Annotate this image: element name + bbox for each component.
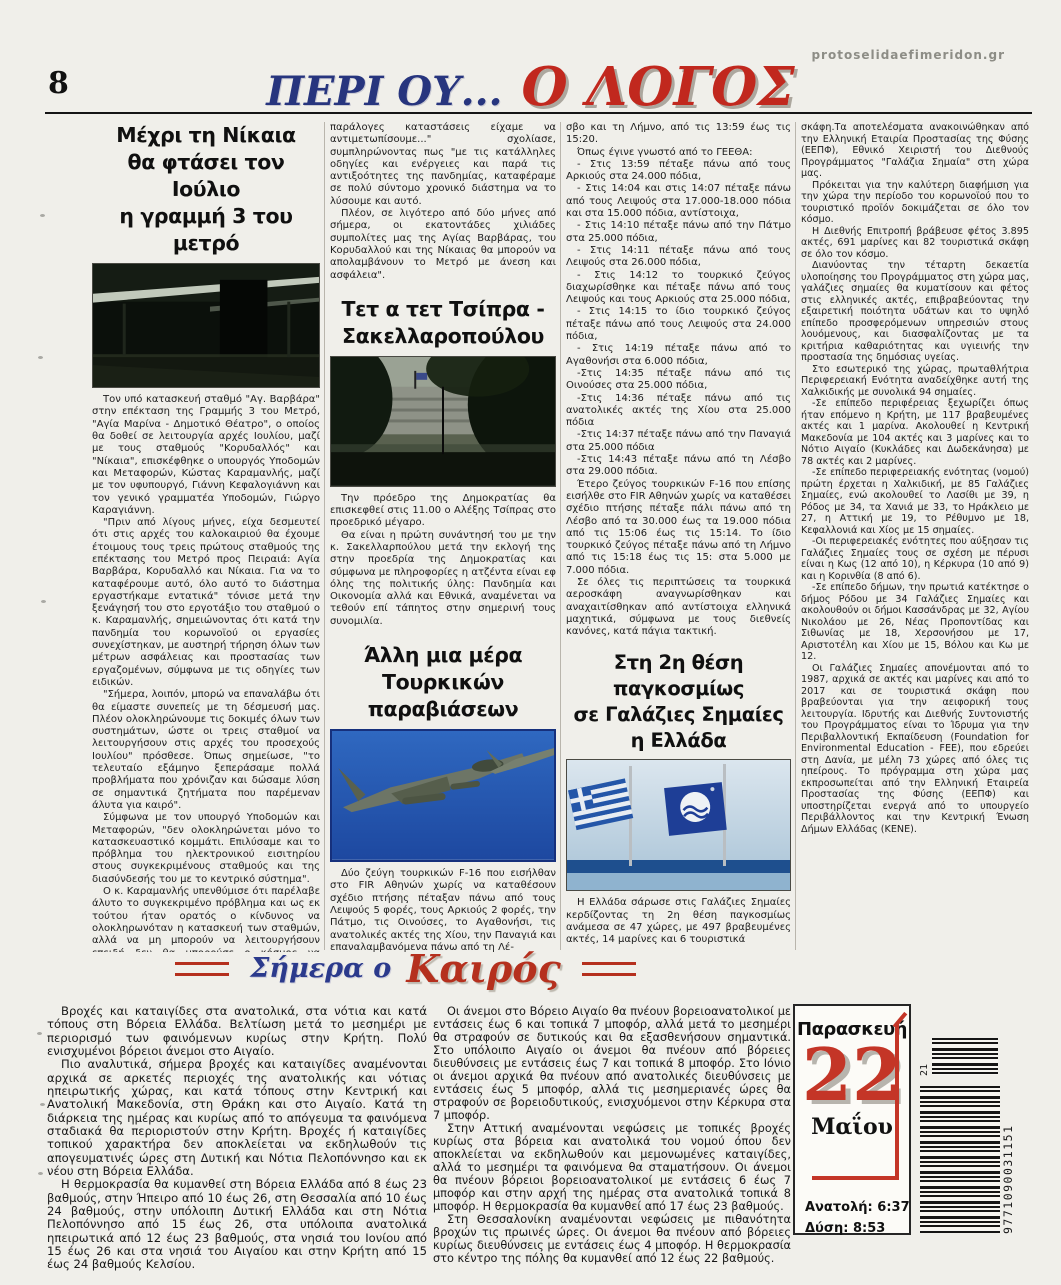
paragraph: -Οι περιφερειακές ενότητες που αύξησαν τ… [801, 536, 1029, 582]
weather-paragraph: Βροχές και καταιγίδες στα ανατολικά, στα… [47, 1005, 427, 1058]
header-rule [45, 112, 1032, 114]
title-line: θα φτάσει τον Ιούλιο [92, 149, 320, 203]
title-line: σε Γαλάζιες Σημαίες [566, 702, 791, 728]
weather-heading-red: Καιρός [406, 946, 560, 991]
paragraph: σκάφη.Τα αποτελέσματα ανακοινώθηκαν από … [801, 122, 1029, 180]
column-1: Μέχρι τη Νίκαια θα φτάσει τον Ιούλιο η γ… [92, 122, 320, 952]
blue-flags-photo [566, 759, 791, 891]
paragraph: Διανύοντας την τέταρτη δεκαετία υλοποίησ… [801, 260, 1029, 364]
paragraph: Τον υπό κατασκευή σταθμό "Αγ. Βαρβάρα" σ… [92, 394, 320, 517]
paragraph: -Σε επίπεδο περιφέρειας ξεχωρίζει όπως ή… [801, 398, 1029, 467]
list-item: - Στις 14:11 πέταξε πάνω από τους Λειψού… [566, 245, 791, 270]
paragraph: Ο κ. Καραμανλής υπενθύμισε ότι παρέλαβε … [92, 886, 320, 952]
paragraph: σβο και τη Λήμνο, από τις 13:59 έως τις … [566, 122, 791, 147]
title-line: Τουρκικών [330, 669, 556, 696]
title-line: η Ελλάδα [566, 728, 791, 754]
title-line: η γραμμή 3 του μετρό [92, 203, 320, 257]
barcode-number: 9771090031151 [1001, 1084, 1015, 1234]
metro-article-title: Μέχρι τη Νίκαια θα φτάσει τον Ιούλιο η γ… [92, 122, 320, 257]
red-rule-left [175, 962, 229, 976]
barcode-top-bars [932, 1038, 998, 1075]
weather-section-heading: Σήμερα ο Καιρός [0, 946, 811, 991]
photo-caption: Δύο ζεύγη τουρκικών F-16 που εισήλθαν στ… [330, 868, 556, 952]
presidential-mansion-photo [330, 356, 556, 487]
column-4: σκάφη.Τα αποτελέσματα ανακοινώθηκαν από … [801, 122, 1029, 952]
paragraph: Σύμφωνα με τον υπουργό Υποδομών και Μετα… [92, 812, 320, 886]
newspaper-page: 8 protoselidaefimeridon.gr ΠΕΡΙ ΟΥ... Ο … [0, 0, 1061, 1285]
column-rule-2 [560, 122, 561, 950]
calendar-box: Παρασκευή 22 Μαΐου Ανατολή: 6:37 Δύση: 8… [793, 1004, 911, 1235]
title-line: Στη 2η θέση [566, 650, 791, 676]
title-line: Τετ α τετ Τσίπρα - [330, 296, 556, 323]
paragraph: -Σε επίπεδο περιφερειακής ενότητας (νομο… [801, 467, 1029, 536]
list-item: - Στις 14:19 πέταξε πάνω από το Αγαθονήσ… [566, 343, 791, 368]
column-rule-1 [324, 122, 325, 950]
list-item: - Στις 13:59 πέταξε πάνω από τους Αρκιού… [566, 159, 791, 184]
title-line: Μέχρι τη Νίκαια [92, 122, 320, 149]
scan-speck [38, 1172, 43, 1175]
weather-paragraph: Στη Θεσσαλονίκη αναμένονται νεφώσεις με … [433, 1213, 791, 1265]
list-item: - Στις 14:15 το ίδιο τουρκικό ζεύγος πέτ… [566, 306, 791, 343]
paragraph: παράλογες καταστάσεις είχαμε να αντιμετω… [330, 122, 556, 208]
paragraph: "Σήμερα, λοιπόν, μπορώ να επαναλάβω ότι … [92, 689, 320, 812]
paragraph: Πρόκειται για την καλύτερη διαφήμιση για… [801, 180, 1029, 226]
column-2: παράλογες καταστάσεις είχαμε να αντιμετω… [330, 122, 556, 952]
list-item: -Στις 14:36 πέταξε πάνω από τις ανατολικ… [566, 393, 791, 430]
scan-speck [40, 1103, 45, 1106]
calendar-red-line-horizontal [812, 1176, 899, 1180]
tsipras-article-title: Τετ α τετ Τσίπρα - Σακελλαροπούλου [330, 296, 556, 350]
masthead: ΠΕΡΙ ΟΥ... Ο ΛΟΓΟΣ [0, 56, 1061, 118]
metro-station-photo [92, 263, 320, 388]
barcode-top-number: 21 [919, 1040, 930, 1076]
list-item: -Στις 14:37 πέταξε πάνω από την Παναγιά … [566, 429, 791, 454]
paragraph: Την πρόεδρο της Δημοκρατίας θα επισκεφθε… [330, 493, 556, 530]
calendar-month: Μαΐου [795, 1114, 909, 1140]
title-line: Σακελλαροπούλου [330, 323, 556, 350]
weather-paragraph: Η θερμοκρασία θα κυμανθεί στη Βόρεια Ελλ… [47, 1178, 427, 1271]
paragraph: Σε όλες τις περιπτώσεις τα τουρκικά αερο… [566, 577, 791, 638]
list-item: - Στις 14:10 πέταξε πάνω από την Πάτμο σ… [566, 220, 791, 245]
barcode-main-bars [920, 1086, 1000, 1233]
list-item: - Στις 14:12 το τουρκικό ζεύγος διαχωρίσ… [566, 270, 791, 307]
weather-paragraph: Πιο αναλυτικά, σήμερα βροχές και καταιγί… [47, 1058, 427, 1178]
f16-jets-photo [330, 729, 556, 862]
title-line: παραβιάσεων [330, 696, 556, 723]
paragraph: "Πριν από λίγους μήνες, είχα δεσμευτεί ό… [92, 517, 320, 689]
weather-column-left: Βροχές και καταιγίδες στα ανατολικά, στα… [47, 1005, 427, 1272]
calendar-sun-times: Ανατολή: 6:37 Δύση: 8:53 [805, 1198, 910, 1240]
flags-article-title: Στη 2η θέση παγκοσμίως σε Γαλάζιες Σημαί… [566, 650, 791, 753]
paragraph: Η Διεθνής Επιτροπή βράβευσε φέτος 3.895 … [801, 226, 1029, 261]
column-rule-3 [795, 122, 796, 950]
f16-jets-illustration [332, 731, 554, 860]
scan-speck [37, 1032, 42, 1035]
list-item: -Στις 14:43 πέταξε πάνω από τη Λέσβο στα… [566, 454, 791, 479]
paragraph: Οι Γαλάζιες Σημαίες απονέμονται από το 1… [801, 663, 1029, 836]
calendar-date: 22 [795, 1041, 909, 1109]
title-line: Άλλη μια μέρα [330, 642, 556, 669]
red-rule-right [582, 962, 636, 976]
paragraph: Όπως έγινε γνωστό από το ΓΕΕΘΑ: [566, 147, 791, 159]
paragraph: -Σε επίπεδο δήμων, την πρωτιά κατέκτησε … [801, 582, 1029, 663]
paragraph: Θα είναι η πρώτη συνάντησή του με την κ.… [330, 530, 556, 628]
metro-station-illustration [93, 264, 319, 387]
paragraph: Στο εσωτερικό της χώρας, πρωταθλήτρια Πε… [801, 364, 1029, 399]
paragraph: Έτερο ζεύγος τουρκικών F-16 που επίσης ε… [566, 479, 791, 577]
photo-caption: Η Ελλάδα σάρωσε στις Γαλάζιες Σημαίες κε… [566, 897, 791, 946]
list-item: - Στις 14:04 και στις 14:07 πέταξε πάνω … [566, 183, 791, 220]
sunrise-time: Ανατολή: 6:37 [805, 1198, 910, 1219]
list-item: -Στις 14:35 πέταξε πάνω από τις Οινούσες… [566, 368, 791, 393]
paragraph: Πλέον, σε λιγότερο από δύο μήνες από σήμ… [330, 208, 556, 282]
violations-article-title: Άλλη μια μέρα Τουρκικών παραβιάσεων [330, 642, 556, 723]
sunset-time: Δύση: 8:53 [805, 1219, 910, 1240]
title-line: παγκοσμίως [566, 676, 791, 702]
issue-barcode: 21 9771090031151 [918, 1032, 1018, 1237]
weather-column-right: Οι άνεμοι στο Βόρειο Αιγαίο θα πνέουν βο… [433, 1005, 791, 1265]
calendar-red-line-vertical [895, 1024, 899, 1180]
masthead-right-text: Ο ΛΟΓΟΣ [522, 56, 795, 118]
presidential-mansion-illustration [331, 357, 555, 486]
weather-paragraph: Στην Αττική αναμένονται νεφώσεις με τοπι… [433, 1122, 791, 1213]
scan-speck [38, 356, 43, 359]
scan-speck [41, 600, 46, 603]
masthead-left-text: ΠΕΡΙ ΟΥ... [266, 68, 502, 115]
blue-flags-illustration [567, 760, 790, 890]
weather-heading-blue: Σήμερα ο [250, 953, 391, 984]
scan-speck [40, 214, 45, 217]
column-3: σβο και τη Λήμνο, από τις 13:59 έως τις … [566, 122, 791, 952]
weather-paragraph: Οι άνεμοι στο Βόρειο Αιγαίο θα πνέουν βο… [433, 1005, 791, 1122]
